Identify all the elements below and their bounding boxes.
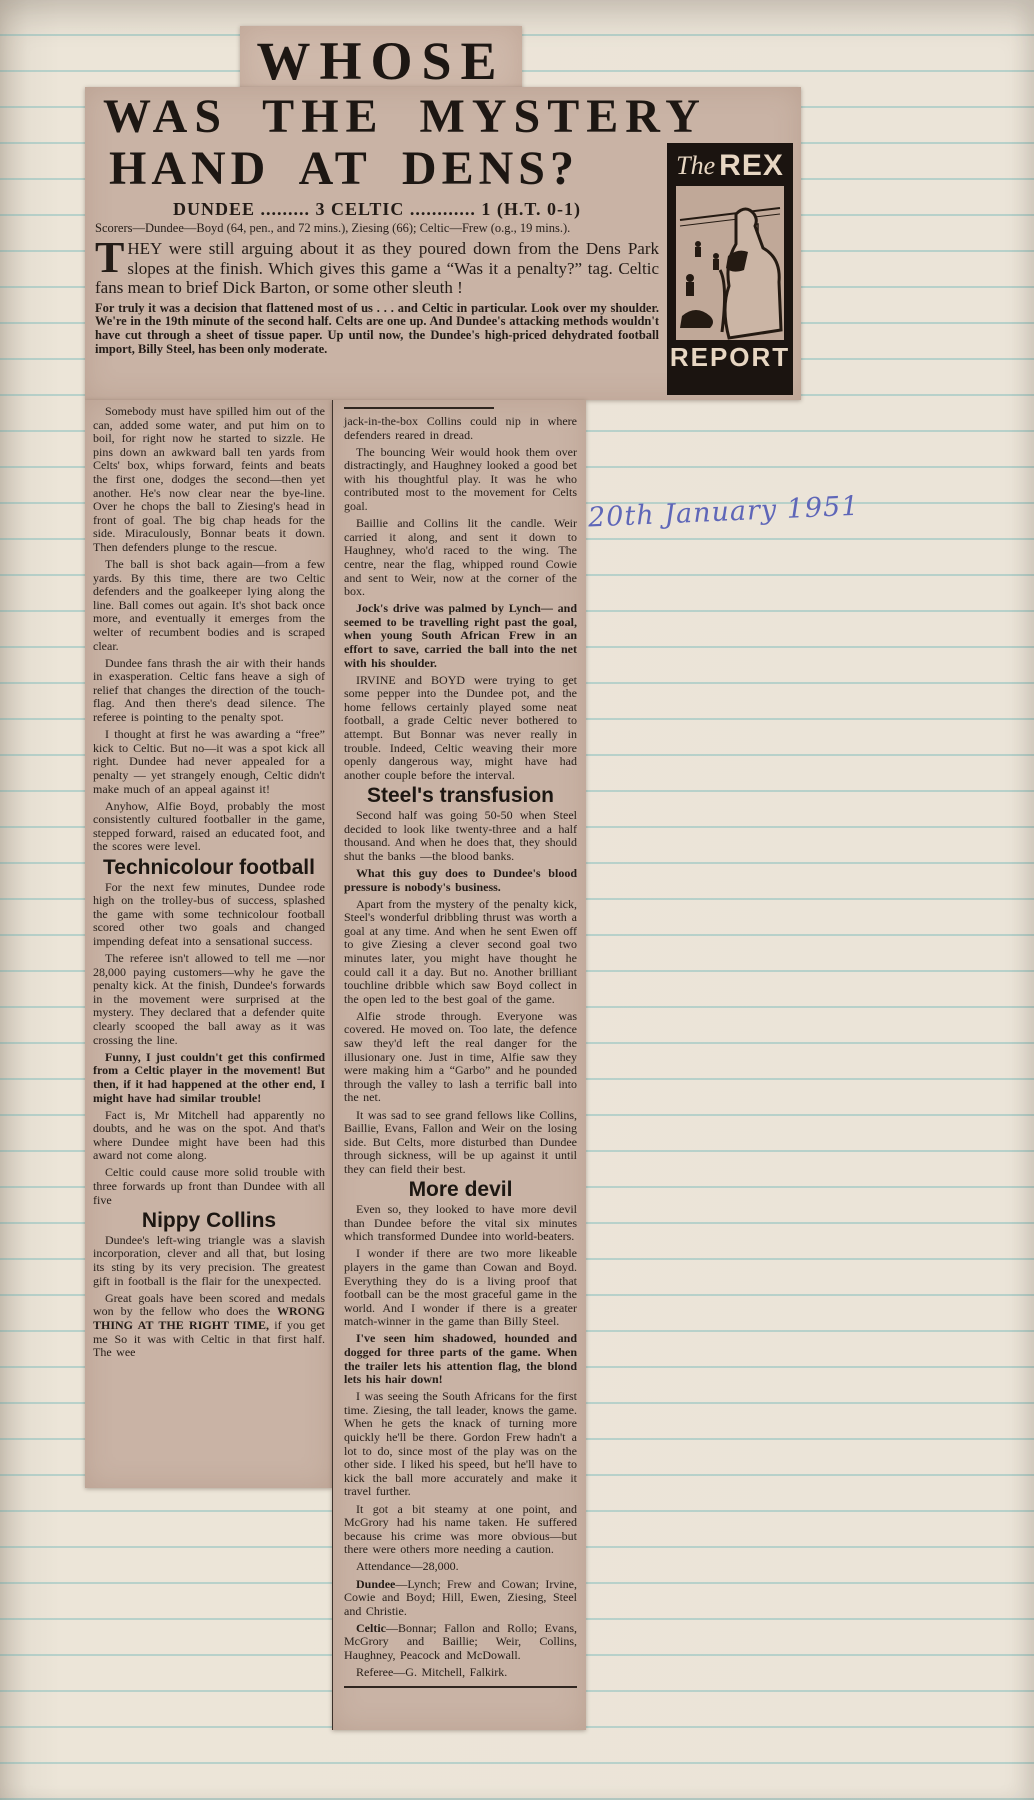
- rex-advert-report-label: REPORT: [670, 342, 790, 373]
- article-paragraph: What this guy does to Dundee's blood pre…: [344, 867, 577, 894]
- right-column-paragraphs: jack-in-the-box Collins could nip in whe…: [344, 415, 577, 1680]
- section-subhead: Technicolour football: [93, 861, 325, 875]
- article-paragraph: The ball is shot back again—from a few y…: [93, 558, 325, 653]
- lead-dropcap: T: [95, 239, 127, 275]
- section-subhead: More devil: [344, 1183, 577, 1197]
- section-subhead: Steel's transfusion: [344, 789, 577, 803]
- article-paragraph: Great goals have been scored and medals …: [93, 1292, 325, 1360]
- article-paragraph: Celtic—Bonnar; Fallon and Rollo; Evans, …: [344, 1622, 577, 1663]
- article-end-rule: [344, 1686, 577, 1688]
- article-paragraph: Even so, they looked to have more devil …: [344, 1203, 577, 1244]
- article-paragraph: Fact is, Mr Mitchell had apparently no d…: [93, 1109, 325, 1163]
- article-paragraph: Referee—G. Mitchell, Falkirk.: [344, 1666, 577, 1680]
- article-paragraph: Attendance—28,000.: [344, 1560, 577, 1574]
- article-paragraph: The bouncing Weir would hook them over d…: [344, 446, 577, 514]
- article-paragraph: Celtic could cause more solid trouble wi…: [93, 1166, 325, 1207]
- article-paragraph: Dundee—Lynch; Frew and Cowan; Irvine, Co…: [344, 1578, 577, 1619]
- article-paragraph: It was sad to see grand fellows like Col…: [344, 1109, 577, 1177]
- emphasized-text: Dundee: [356, 1577, 395, 1591]
- article-paragraph: Dundee's left-wing triangle was a slavis…: [93, 1234, 325, 1288]
- article-paragraph: I was seeing the South Africans for the …: [344, 1390, 577, 1499]
- article-paragraph: It got a bit steamy at one point, and Mc…: [344, 1503, 577, 1557]
- article-paragraph: Second half was going 50-50 when Steel d…: [344, 809, 577, 863]
- headline-line-1: WHOSE: [256, 34, 505, 88]
- emphasized-text: Celtic: [356, 1621, 386, 1635]
- rex-reporter-illustration: [676, 186, 784, 340]
- article-paragraph: Baillie and Collins lit the candle. Weir…: [344, 517, 577, 599]
- section-subhead: Nippy Collins: [93, 1214, 325, 1228]
- article-left-column: Somebody must have spilled him out of th…: [85, 400, 332, 1488]
- rex-brand-name: REX: [719, 149, 784, 182]
- article-paragraph: Jock's drive was palmed by Lynch— and se…: [344, 602, 577, 670]
- column-top-rule: [344, 407, 494, 409]
- article-paragraph: I've seen him shadowed, hounded and dogg…: [344, 1332, 577, 1386]
- article-paragraph: Somebody must have spilled him out of th…: [93, 405, 325, 555]
- article-paragraph: For the next few minutes, Dundee rode hi…: [93, 881, 325, 949]
- rex-script-word: The: [676, 151, 715, 180]
- rex-report-advert: The REX REPORT: [669, 145, 791, 393]
- headline-strip-whose: WHOSE: [240, 26, 522, 96]
- rex-advert-title: The REX: [669, 145, 791, 183]
- headline-line-2: WAS THE MYSTERY: [103, 93, 791, 141]
- article-header-clipping: WAS THE MYSTERY The REX: [85, 87, 801, 400]
- article-paragraph: I wonder if there are two more likeable …: [344, 1247, 577, 1329]
- article-paragraph: Apart from the mystery of the penalty ki…: [344, 898, 577, 1007]
- article-paragraph: jack-in-the-box Collins could nip in whe…: [344, 415, 577, 442]
- article-paragraph: Anyhow, Alfie Boyd, probably the most co…: [93, 800, 325, 854]
- article-paragraph: Dundee fans thrash the air with their ha…: [93, 657, 325, 725]
- article-paragraph: IRVINE and BOYD were trying to get some …: [344, 674, 577, 783]
- article-right-column: jack-in-the-box Collins could nip in whe…: [332, 400, 586, 1730]
- article-paragraph: I thought at first he was awarding a “fr…: [93, 728, 325, 796]
- article-paragraph: Funny, I just couldn't get this confirme…: [93, 1051, 325, 1105]
- article-paragraph: Alfie strode through. Everyone was cover…: [344, 1010, 577, 1105]
- article-paragraph: The referee isn't allowed to tell me —no…: [93, 952, 325, 1047]
- lead-text: HEY were still arguing about it as they …: [95, 239, 659, 297]
